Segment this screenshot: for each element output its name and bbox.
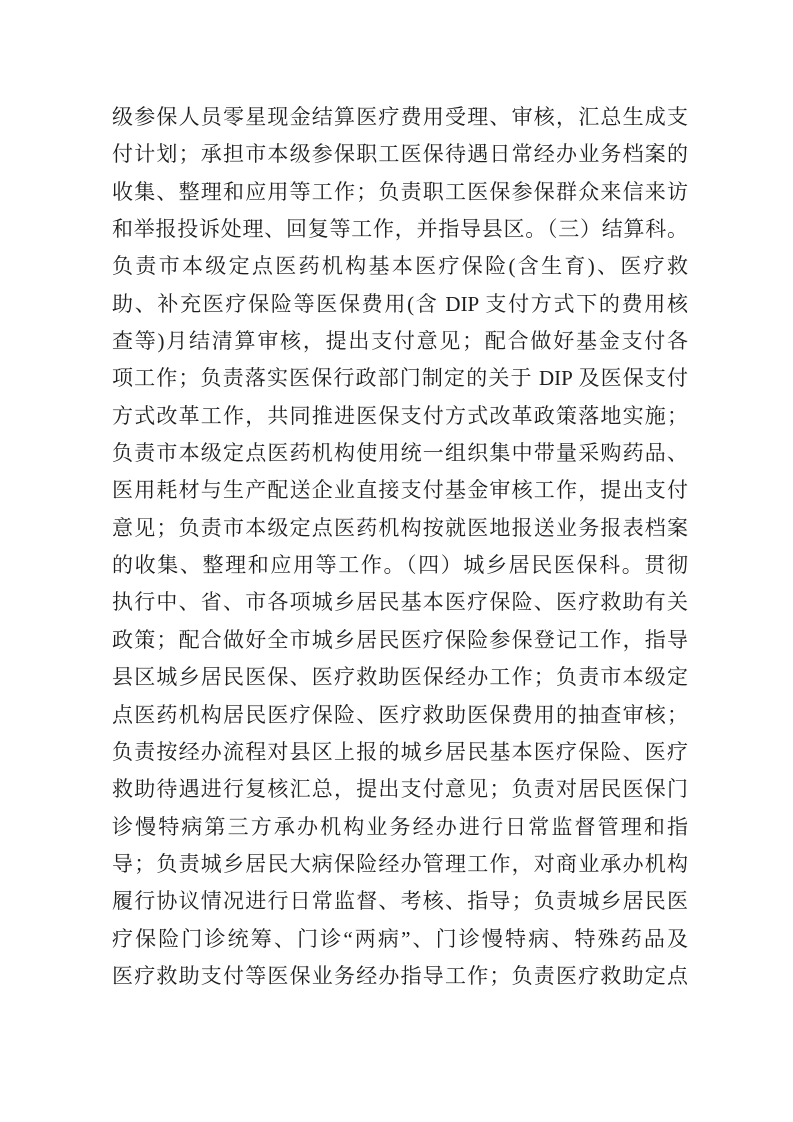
text-line: 级参保人员零星现金结算医疗费用受理、审核，汇总生成支 xyxy=(112,99,688,136)
text-line: 县区城乡居民医保、医疗救助医保经办工作；负责市本级定 xyxy=(112,659,688,696)
text-line: 意见；负责市本级定点医药机构按就医地报送业务报表档案 xyxy=(112,510,688,547)
text-line: 医疗救助支付等医保业务经办指导工作；负责医疗救助定点 xyxy=(112,958,688,995)
document-page: 级参保人员零星现金结算医疗费用受理、审核，汇总生成支 付计划；承担市本级参保职工… xyxy=(0,0,793,1122)
text-line: 导；负责城乡居民大病保险经办管理工作，对商业承办机构 xyxy=(112,846,688,883)
text-line: 收集、整理和应用等工作；负责职工医保参保群众来信来访 xyxy=(112,174,688,211)
text-line: 点医药机构居民医疗保险、医疗救助医保费用的抽查审核； xyxy=(112,697,688,734)
text-line: 项工作；负责落实医保行政部门制定的关于 DIP 及医保支付 xyxy=(112,360,688,397)
text-line: 诊慢特病第三方承办机构业务经办进行日常监督管理和指 xyxy=(112,809,688,846)
text-line: 负责按经办流程对县区上报的城乡居民基本医疗保险、医疗 xyxy=(112,734,688,771)
text-line: 救助待遇进行复核汇总，提出支付意见；负责对居民医保门 xyxy=(112,771,688,808)
text-line: 的收集、整理和应用等工作。（四）城乡居民医保科。贯彻 xyxy=(112,547,688,584)
text-line: 付计划；承担市本级参保职工医保待遇日常经办业务档案的 xyxy=(112,136,688,173)
text-line: 方式改革工作，共同推进医保支付方式改革政策落地实施； xyxy=(112,398,688,435)
text-line: 医用耗材与生产配送企业直接支付基金审核工作，提出支付 xyxy=(112,472,688,509)
text-line: 政策；配合做好全市城乡居民医疗保险参保登记工作，指导 xyxy=(112,622,688,659)
text-line: 执行中、省、市各项城乡居民基本医疗保险、医疗救助有关 xyxy=(112,584,688,621)
text-line: 履行协议情况进行日常监督、考核、指导；负责城乡居民医 xyxy=(112,883,688,920)
document-text-block: 级参保人员零星现金结算医疗费用受理、审核，汇总生成支 付计划；承担市本级参保职工… xyxy=(112,99,688,995)
text-line: 查等)月结清算审核，提出支付意见；配合做好基金支付各 xyxy=(112,323,688,360)
text-line: 疗保险门诊统筹、门诊“两病”、门诊慢特病、特殊药品及 xyxy=(112,921,688,958)
text-line: 助、补充医疗保险等医保费用(含 DIP 支付方式下的费用核 xyxy=(112,286,688,323)
text-line: 负责市本级定点医药机构基本医疗保险(含生育)、医疗救 xyxy=(112,248,688,285)
text-line: 负责市本级定点医药机构使用统一组织集中带量采购药品、 xyxy=(112,435,688,472)
text-line: 和举报投诉处理、回复等工作，并指导县区。（三）结算科。 xyxy=(112,211,688,248)
